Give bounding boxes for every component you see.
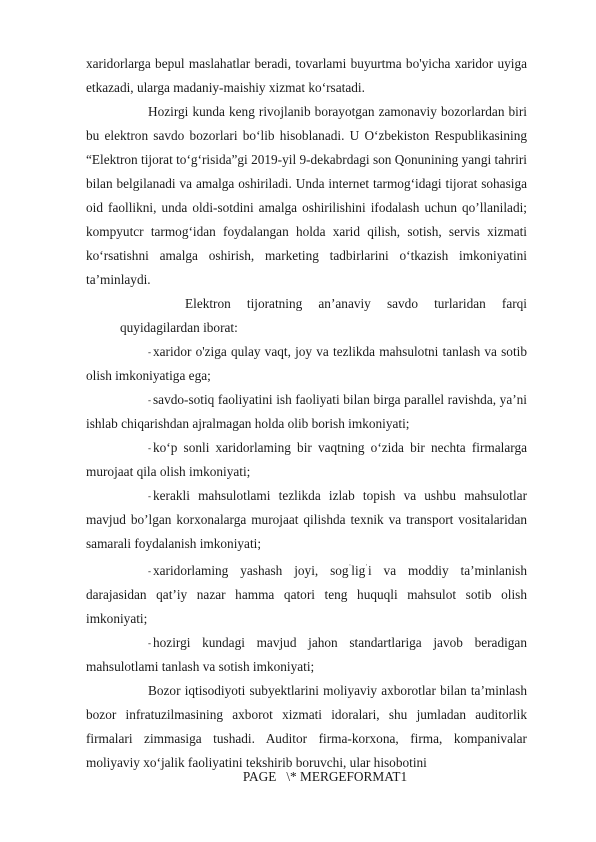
list-item: -savdo-sotiq faoliyatini ish faoliyati b… [86, 388, 527, 436]
page-number-field: PAGE \* MERGEFORMAT1 [0, 765, 596, 789]
list-item: -xaridorlaming yashash joyi, sogˈligˈi v… [86, 556, 527, 631]
list-item-text-part: xaridorlaming yashash joyi, sog [153, 563, 349, 578]
list-item-text: hozirgi kundagi mavjud jahon standartlar… [86, 635, 527, 674]
list-item-text-part: lig [351, 563, 365, 578]
bullet-dash: - [148, 638, 151, 648]
document-page: xaridorlarga bepul maslahatlar beradi, t… [86, 52, 527, 775]
bullet-dash: - [148, 443, 151, 453]
list-item-text: savdo-sotiq faoliyatini ish faoliyati bi… [86, 392, 527, 431]
list-item: -kerakli mahsulotlami tezlikda izlab top… [86, 484, 527, 556]
paragraph-differences-intro: Elektron tijoratning an’anaviy savdo tur… [120, 292, 527, 340]
list-item-text: kerakli mahsulotlami tezlikda izlab topi… [86, 488, 527, 551]
bullet-dash: - [148, 347, 151, 357]
bullet-dash: - [148, 491, 151, 501]
bullet-dash: - [148, 566, 151, 576]
list-item: -xaridor o'ziga qulay vaqt, joy va tezli… [86, 340, 527, 388]
list-item: -ko‘p sonli xaridorlaming bir vaqtning o… [86, 436, 527, 484]
paragraph-audit: Bozor iqtisodiyoti subyektlarini moliyav… [86, 679, 527, 775]
paragraph-electronic-markets: Hozirgi kunda keng rivojlanib borayotgan… [86, 100, 527, 292]
paragraph-continuation: xaridorlarga bepul maslahatlar beradi, t… [86, 52, 527, 100]
list-item-text: xaridor o'ziga qulay vaqt, joy va tezlik… [86, 344, 527, 383]
list-item: -hozirgi kundagi mavjud jahon standartla… [86, 631, 527, 679]
list-item-text: ko‘p sonli xaridorlaming bir vaqtning o‘… [86, 440, 527, 479]
bullet-dash: - [148, 395, 151, 405]
